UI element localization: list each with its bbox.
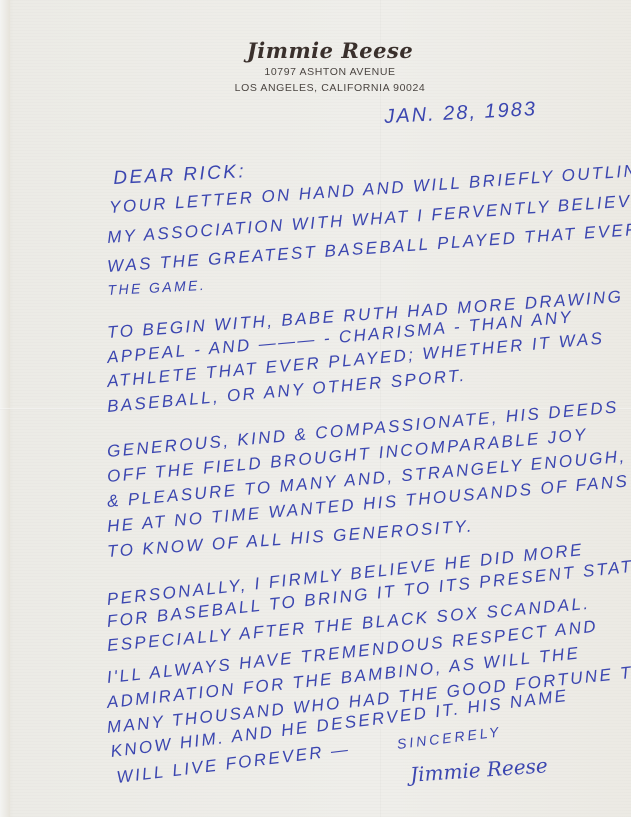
letterhead-address-city: LOS ANGELES, CALIFORNIA 90024 [200,80,460,96]
letterhead: Jimmie Reese 10797 ASHTON AVENUE LOS ANG… [200,38,460,96]
salutation: Dear Rick: [113,161,247,190]
letterhead-address-street: 10797 ASHTON AVENUE [200,64,460,80]
signature: Jimmie Reese [409,753,548,787]
letterhead-name: Jimmie Reese [200,38,460,64]
letter-date: Jan. 28, 1983 [384,98,538,129]
letter-line: the game. [107,277,206,298]
letter-page: Jimmie Reese 10797 ASHTON AVENUE LOS ANG… [0,0,631,817]
closing: Sincerely [396,723,502,752]
